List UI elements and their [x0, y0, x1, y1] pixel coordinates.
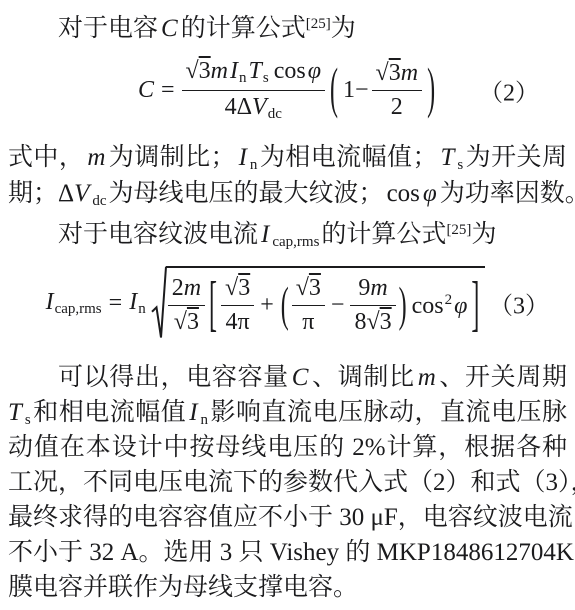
para2-line3: 对于电容纹波电流Icap,rms的计算公式[25]为	[8, 212, 567, 248]
sqrt-icon: √	[376, 60, 389, 86]
equation-number-3: （3）	[489, 286, 549, 321]
radicand-3: 3	[187, 309, 199, 335]
para3-line7: 膜电容并联作为母线支撑电容。	[8, 570, 567, 605]
var-C: C	[138, 77, 154, 104]
numerator: 9m	[350, 275, 395, 306]
sub-n: n	[239, 70, 247, 86]
var-V: V	[74, 180, 89, 207]
denominator: 2	[372, 91, 423, 121]
sqrt-icon: √	[174, 309, 187, 335]
radicand-3: 3	[309, 275, 321, 301]
cos-operator: cos	[412, 293, 444, 319]
fraction-main: √3mInTscosφ 4ΔVdc	[182, 58, 326, 123]
var-m: m	[418, 364, 436, 391]
sqrt-icon: √	[186, 58, 199, 84]
text-run: 和相电流幅值	[33, 399, 186, 426]
sqrt-icon: √	[366, 309, 379, 335]
radical-sign-icon	[151, 266, 167, 340]
radicand-body: 2m √3 [ √3 4π + ( √3 π −	[166, 266, 486, 340]
cos-operator: cos	[274, 58, 306, 84]
text-run: 为	[471, 221, 496, 248]
para3-line6: 不小于 32 A。选用 3 只 Vishey 的 MKP1848612704K	[8, 535, 567, 570]
lhs-I-cap-rms: Icap,rms	[46, 289, 102, 318]
equals-sign: =	[105, 290, 127, 317]
numerator: √3mInTscosφ	[182, 58, 326, 91]
var-phi: φ	[423, 180, 437, 207]
numerator: 2m	[168, 275, 205, 306]
sqrt-icon: √	[225, 275, 238, 301]
formula-2-body: C = √3mInTscosφ 4ΔVdc ( 1− √3m 2 )	[138, 58, 437, 123]
denominator: √3	[168, 306, 205, 336]
right-paren: )	[427, 62, 435, 118]
left-paren: (	[330, 62, 338, 118]
text-run: 期；	[8, 180, 58, 207]
radicand-3: 3	[389, 60, 401, 86]
fraction-sqrt3-4pi: √3 4π	[221, 275, 254, 336]
sub-s: s	[25, 412, 31, 428]
sqrt-icon: √	[296, 275, 309, 301]
fraction-inner: √3m 2	[372, 60, 423, 121]
formula-2: C = √3mInTscosφ 4ΔVdc ( 1− √3m 2 ) （2）	[8, 48, 567, 132]
para2-line2: 期；ΔVdc为母线电压的最大纹波；cosφ为功率因数。	[8, 176, 567, 212]
var-V: V	[252, 94, 267, 120]
para3-line1: 可以得出，电容容量C、调制比m、开关周期	[8, 360, 567, 395]
sub-dc: dc	[92, 193, 106, 209]
var-I: I	[189, 399, 197, 426]
var-m: m	[370, 275, 387, 301]
sub-s: s	[457, 157, 463, 173]
right-bracket: ]	[471, 275, 479, 336]
text-run: 为功率因数。	[440, 180, 575, 207]
sub-n: n	[201, 412, 209, 428]
denominator: 4ΔVdc	[182, 91, 326, 123]
var-C: C	[161, 15, 178, 42]
num-8: 8	[354, 309, 366, 335]
one-minus: 1−	[343, 77, 369, 104]
citation-25: [25]	[446, 222, 471, 238]
var-I: I	[261, 221, 269, 248]
sub-dc: dc	[268, 106, 282, 122]
text-run: 为母线电压的最大纹波；	[109, 180, 384, 207]
text-run: 式中，	[8, 144, 84, 171]
numerator: √3m	[372, 60, 423, 91]
fraction-sqrt3-pi: √3 π	[292, 275, 325, 336]
cos-squared-phi: cos2φ	[412, 292, 468, 320]
var-C: C	[292, 364, 309, 391]
sub-cap-rms: cap,rms	[55, 301, 102, 317]
plus-sign: +	[256, 292, 278, 319]
paper-page: 对于电容C的计算公式[25]为 C = √3mInTscosφ 4ΔVdc ( …	[0, 0, 575, 605]
citation-25: [25]	[306, 16, 331, 32]
text-run: 为	[331, 15, 356, 42]
sub-s: s	[263, 70, 269, 86]
var-m: m	[211, 58, 228, 84]
sub-n: n	[138, 301, 146, 317]
fraction-9m-8sqrt3: 9m 8√3	[350, 275, 395, 336]
var-m: m	[87, 144, 105, 171]
var-T: T	[440, 144, 454, 171]
radicand-3: 3	[199, 58, 211, 84]
text-run: 为开关周	[465, 144, 567, 171]
equation-number-2: （2）	[479, 73, 539, 108]
equals-sign: =	[157, 77, 179, 104]
text-run: 可以得出，电容容量	[58, 364, 289, 391]
big-radical: 2m √3 [ √3 4π + ( √3 π −	[151, 266, 486, 340]
left-paren: (	[281, 281, 289, 330]
sup-2: 2	[445, 292, 453, 308]
text-run: 、调制比	[311, 364, 414, 391]
left-bracket: [	[209, 275, 217, 336]
text-run: 对于电容	[58, 15, 158, 42]
numerator: √3	[221, 275, 254, 306]
text-run: 影响直流电压脉动，直流电压脉	[210, 399, 567, 426]
fraction-2m-sqrt3: 2m √3	[168, 275, 205, 336]
text-run: 对于电容纹波电流	[58, 221, 258, 248]
formula-3: Icap,rms = In 2m √3 [ √3 4π + (	[8, 252, 567, 354]
var-m: m	[401, 60, 418, 86]
coef-4delta: 4Δ	[225, 94, 252, 120]
radicand-3: 3	[238, 275, 250, 301]
num-2: 2	[172, 275, 184, 301]
var-m: m	[184, 275, 201, 301]
var-I: I	[239, 144, 247, 171]
delta-symbol: Δ	[58, 180, 74, 207]
denominator: 4π	[221, 306, 254, 336]
para3-line2: Ts和相电流幅值In影响直流电压脉动，直流电压脉	[8, 395, 567, 430]
formula-3-body: Icap,rms = In 2m √3 [ √3 4π + (	[46, 266, 486, 340]
denominator: 8√3	[350, 306, 395, 336]
var-I: I	[230, 58, 238, 84]
sub-cap-rms: cap,rms	[272, 234, 319, 250]
rhs-I-n: In	[129, 289, 146, 318]
para1-line1: 对于电容C的计算公式[25]为	[8, 6, 567, 42]
var-phi: φ	[454, 293, 467, 319]
var-phi: φ	[308, 58, 321, 84]
para3-line4: 工况，不同电压电流下的参数代入式（2）和式（3），	[8, 465, 567, 500]
para2-line1: 式中，m为调制比；In为相电流幅值；Ts为开关周	[8, 140, 567, 176]
var-I: I	[46, 289, 54, 315]
var-I: I	[129, 289, 137, 315]
var-T: T	[249, 58, 262, 84]
para3-line3: 动值在本设计中按母线电压的 2%计算，根据各种	[8, 430, 567, 465]
text-run: 的计算公式	[321, 221, 446, 248]
denominator: π	[292, 306, 325, 336]
num-9: 9	[358, 275, 370, 301]
text-run: 、开关周期	[439, 364, 567, 391]
var-T: T	[8, 399, 22, 426]
sub-n: n	[250, 157, 258, 173]
right-paren: )	[399, 281, 407, 330]
text-run: 为相电流幅值；	[259, 144, 437, 171]
cos-operator: cos	[387, 180, 420, 207]
numerator: √3	[292, 275, 325, 306]
para3-line5: 最终求得的电容容值应不小于 30 μF，电容纹波电流	[8, 500, 567, 535]
radicand-3: 3	[380, 309, 392, 335]
text-run: 为调制比；	[108, 144, 235, 171]
minus-sign: −	[327, 292, 349, 319]
text-run: 的计算公式	[181, 15, 306, 42]
